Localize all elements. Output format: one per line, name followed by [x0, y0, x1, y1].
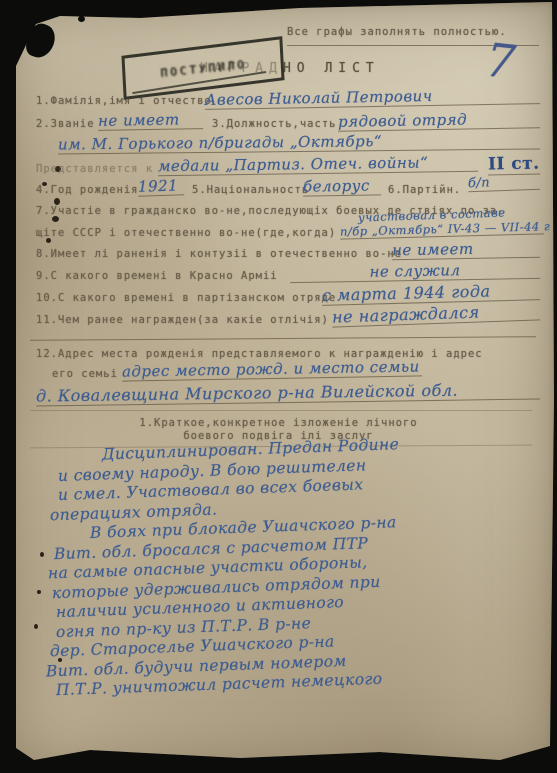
edge-blemish — [78, 16, 85, 22]
field-rank-value: не имеет — [98, 110, 203, 131]
birth-year-value: 1921 — [138, 176, 185, 197]
combat-participation-label-2: щiте СССР i отечественно во-не(где,когда… — [36, 227, 336, 239]
nationality-label: 5.Нацiональность — [192, 184, 309, 196]
party-value: б/п — [468, 174, 541, 193]
fill-all-fields-note: Все графы заполнять полностью. — [287, 26, 507, 38]
field-rank-label: 2.Званiе — [36, 118, 95, 130]
scanned-document: Все графы заполнять полностью. 7 НАГРАДН… — [0, 0, 557, 773]
received-stamp-text: ПОСТУПИЛО — [160, 57, 246, 79]
page-number: 7 — [483, 33, 518, 90]
address-label-2: его семьi — [52, 368, 118, 380]
field-position-label: 3.Должность,часть — [212, 118, 336, 130]
red-army-label: 9.С какого временi в Красно Армii — [36, 270, 278, 282]
paper-speck — [54, 198, 60, 205]
award-degree: II ст. — [488, 154, 540, 176]
partisan-since-label: 10.С какого временi в партiзанском отряд… — [36, 292, 336, 304]
merit-description: Дисциплинирован. Предан Родине и своему … — [30, 448, 541, 702]
wounds-label: 8.Имеет лi раненiя i контузii в отечеств… — [36, 248, 402, 260]
field-position-value: рядовой отряд — [338, 109, 540, 132]
blank-rule — [30, 410, 532, 411]
previous-awards-label: 11.Чем ранее награжден(за какiе отлiчiя) — [36, 314, 329, 326]
wounds-value: не имеет — [392, 239, 540, 261]
merit-heading-1: 1.Краткое,конкретное iзложенiе лiчного — [0, 417, 557, 429]
nationality-value: белорус — [303, 176, 381, 196]
party-label: 6.Партiйн. — [388, 184, 461, 196]
presented-for-label: Представляется к — [36, 163, 153, 175]
birth-year-label: 4.Год рожденiя — [36, 184, 139, 196]
